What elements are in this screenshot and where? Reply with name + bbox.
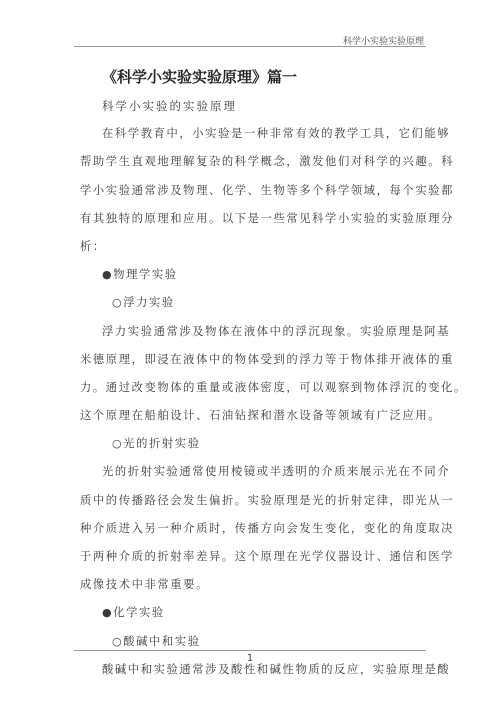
section-heading-label: 物理学实验: [113, 268, 178, 281]
section-subtitle: 科学小实验的实验原理: [102, 92, 428, 120]
hollow-bullet-icon: ○: [112, 437, 123, 450]
filled-bullet-icon: ●: [102, 268, 113, 281]
buoyancy-paragraph: 浮力实验通常涉及物体在液体中的浮沉现象。实验原理是阿基 米德原理，即浸在液体中的…: [80, 318, 428, 431]
paragraph-line: 种介质进入另一种介质时，传播方向会发生变化，变化的角度取决: [80, 515, 428, 543]
document-title: 《科学小实验实验原理》篇一: [102, 62, 428, 92]
paragraph-line: 米德原理，即浸在液体中的物体受到的浮力等于物体排开液体的重: [80, 346, 428, 374]
paragraph-line: 学小实验通常涉及物理、化学、生物等多个科学领域，每个实验都: [80, 177, 428, 205]
page-number: 1: [0, 653, 500, 664]
footer-divider: [74, 650, 426, 651]
filled-bullet-icon: ●: [102, 606, 113, 619]
subsection-heading-buoyancy: ○浮力实验: [80, 289, 428, 317]
paragraph-line: 在科学教育中，小实验是一种非常有效的教学工具，它们能够: [80, 120, 428, 148]
paragraph-line: 帮助学生直观地理解复杂的科学概念，激发他们对科学的兴趣。科: [80, 148, 428, 176]
subsection-heading-neutralization: ○酸碱中和实验: [80, 628, 428, 656]
paragraph-line: 成像技术中非常重要。: [80, 571, 428, 599]
paragraph-line: 浮力实验通常涉及物体在液体中的浮沉现象。实验原理是阿基: [80, 318, 428, 346]
paragraph-line: 有其独特的原理和应用。以下是一些常见科学小实验的实验原理分: [80, 205, 428, 233]
document-body: 《科学小实验实验原理》篇一 科学小实验的实验原理 在科学教育中，小实验是一种非常…: [80, 62, 428, 684]
paragraph-line: 于两种介质的折射率差异。这个原理在光学仪器设计、通信和医学: [80, 543, 428, 571]
subsection-heading-label: 光的折射实验: [123, 437, 200, 450]
hollow-bullet-icon: ○: [112, 296, 123, 309]
section-heading-label: 化学实验: [113, 606, 165, 619]
refraction-paragraph: 光的折射实验通常使用棱镜或半透明的介质来展示光在不同介 质中的传播路径会发生偏折…: [80, 458, 428, 599]
subsection-heading-label: 酸碱中和实验: [123, 635, 200, 648]
intro-paragraph: 在科学教育中，小实验是一种非常有效的教学工具，它们能够 帮助学生直观地理解复杂的…: [80, 120, 428, 261]
section-heading-physics: ●物理学实验: [80, 261, 428, 289]
paragraph-line: 质中的传播路径会发生偏折。实验原理是光的折射定律，即光从一: [80, 487, 428, 515]
paragraph-line: 析：: [80, 233, 428, 261]
hollow-bullet-icon: ○: [112, 635, 123, 648]
section-heading-chemistry: ●化学实验: [80, 599, 428, 627]
paragraph-line: 光的折射实验通常使用棱镜或半透明的介质来展示光在不同介: [80, 458, 428, 486]
paragraph-line: 这个原理在船舶设计、石油钻探和潜水设备等领域有广泛应用。: [80, 402, 428, 430]
paragraph-line: 力。通过改变物体的重量或液体密度，可以观察到物体浮沉的变化。: [80, 374, 428, 402]
header-divider: [74, 46, 426, 47]
subsection-heading-refraction: ○光的折射实验: [80, 430, 428, 458]
subsection-heading-label: 浮力实验: [123, 296, 175, 309]
